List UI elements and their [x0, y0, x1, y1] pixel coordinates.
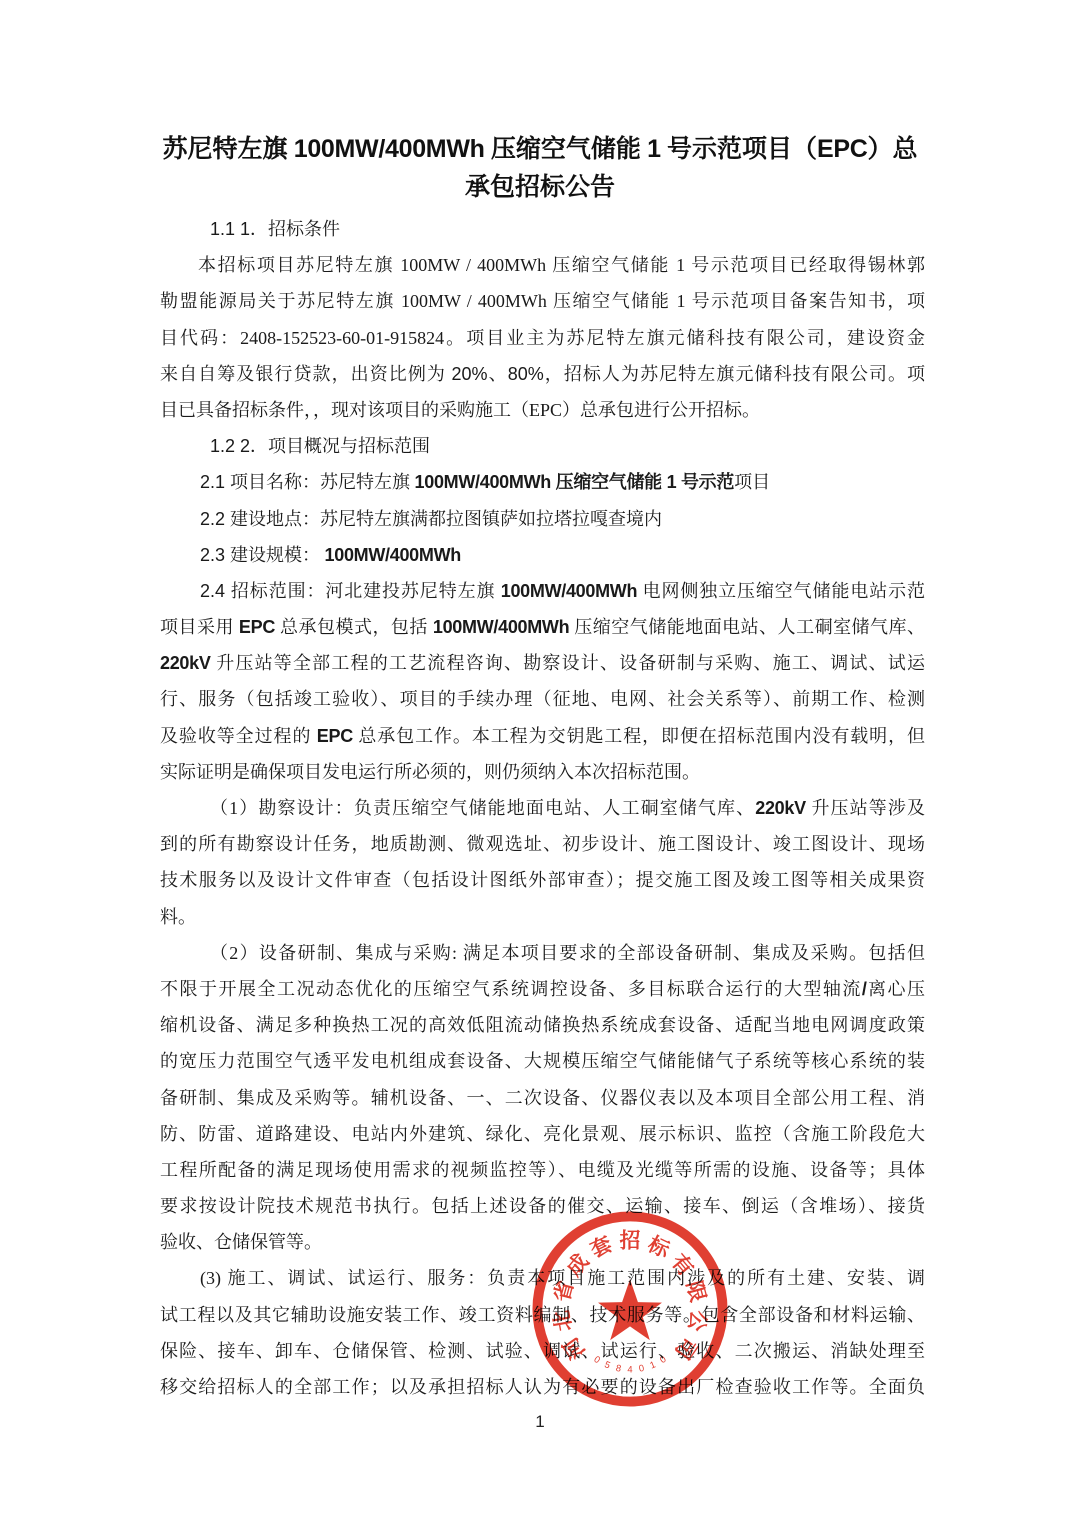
text-line: 移交给招标人的全部工作；以及承担招标人认为有必要的设备出厂检查验收工作等。全面负 [160, 1369, 925, 1405]
text-line: 来自自筹及银行贷款，出资比例为 20%、80%，招标人为苏尼特左旗元储科技有限公… [160, 356, 925, 392]
page: 苏尼特左旗 100MW/400MWh 压缩空气储能 1 号示范项目（EPC）总承… [0, 0, 1080, 1527]
text-segment: 压缩空气储能 1 号示范 [556, 472, 734, 492]
text-segment: 项目 [734, 472, 770, 492]
text-line: 备研制、集成及采购等。辅机设备、一、二次设备、仪器仪表以及本项目全部公用工程、消 [160, 1080, 925, 1116]
text-segment: 的宽压力范围空气透平发电机组成套设备、大规模压缩空气储能储气子系统等核心系统的装 [160, 1051, 925, 1071]
text-segment: 备研制、集成及采购等。辅机设备、一、二次设备、仪器仪表以及本项目全部公用工程、消 [160, 1088, 925, 1108]
text-segment: 工程所配备的满足现场使用需求的视频监控等）、电缆及光缆等所需的设施、设备等；具体 [160, 1160, 925, 1180]
text-line: (3) 施工、调试、试运行、服务：负责本项目施工范围内涉及的所有土建、安装、调 [160, 1260, 925, 1296]
text-segment: 要求按设计院技术规范书执行。包括上述设备的催交、运输、接车、倒运（含堆场）、接货 [160, 1196, 925, 1216]
page-number: 1 [0, 1412, 1080, 1432]
text-segment: EPC [317, 726, 353, 746]
text-segment: (3) 施工、调试、试运行、服务：负责本项目施工范围内涉及的所有土建、安装、调 [200, 1268, 925, 1288]
text-segment: 到的所有勘察设计任务，地质勘测、微观选址、初步设计、施工图设计、竣工图设计、现场 [160, 834, 925, 854]
text-line: 220kV 升压站等全部工程的工艺流程咨询、勘察设计、设备研制与采购、施工、调试… [160, 645, 925, 681]
text-line: 目代码：2408-152523-60-01-915824。项目业主为苏尼特左旗元… [160, 320, 925, 356]
text-segment: 80% [508, 364, 544, 384]
text-line: 1.1 1．招标条件 [160, 211, 925, 247]
text-line: 技术服务以及设计文件审查（包括设计图纸外部审查）；提交施工图及竣工图等相关成果资 [160, 862, 925, 898]
text-segment: 2.2 [200, 509, 230, 529]
text-segment: 防、防雷、道路建设、电站内外建筑、绿化、亮化景观、展示标识、监控（含施工阶段危大 [160, 1124, 925, 1144]
text-segment: 行、服务（包括竣工验收）、项目的手续办理（征地、电网、社会关系等）、前期工作、检… [160, 689, 925, 709]
text-segment: 100MW/400MWh [433, 617, 569, 637]
text-segment: 项目名称：苏尼特左旗 [230, 472, 415, 492]
text-segment: 、 [488, 364, 508, 384]
text-segment: 升压站等全部工程的工艺流程咨询、勘察设计、设备研制与采购、施工、调试、试运 [211, 653, 925, 673]
text-line: （1）勘察设计：负责压缩空气储能地面电站、人工硐室储气库、220kV 升压站等涉… [160, 790, 925, 826]
text-segment: （1）勘察设计：负责压缩空气储能地面电站、人工硐室储气库、 [210, 798, 755, 818]
text-segment: 移交给招标人的全部工作；以及承担招标人认为有必要的设备出厂检查验收工作等。全面负 [160, 1377, 925, 1397]
text-line: 不限于开展全工况动态优化的压缩空气系统调控设备、多目标联合运行的大型轴流/离心压 [160, 971, 925, 1007]
text-segment: 100MW/400MWh [501, 581, 637, 601]
text-line: 本招标项目苏尼特左旗 100MW / 400MWh 压缩空气储能 1 号示范项目… [160, 247, 925, 283]
document-title-line: 承包招标公告 [90, 169, 990, 207]
text-line: 2.2 建设地点：苏尼特左旗满都拉图镇萨如拉塔拉嘎查境内 [160, 501, 925, 537]
text-segment: 100MW/400MWh [294, 135, 485, 163]
text-segment: 220kV [160, 653, 211, 673]
text-segment: 220kV [755, 798, 806, 818]
text-segment: 升压站等涉及 [806, 798, 925, 818]
text-segment: 试工程以及其它辅助设施安装工作、竣工资料编制、技术服务等。包含全部设备和材料运输… [160, 1305, 925, 1325]
text-segment: 100MW/400MWh [415, 472, 556, 492]
text-segment: 技术服务以及设计文件审查（包括设计图纸外部审查）；提交施工图及竣工图等相关成果资 [160, 870, 925, 890]
text-segment: 保险、接车、卸车、仓储保管、检测、试验、调试、试运行、验收、二次搬运、消缺处理至 [160, 1341, 925, 1361]
text-segment: 2.3 [200, 545, 230, 565]
text-segment: 20% [452, 364, 488, 384]
document-title-line: 苏尼特左旗 100MW/400MWh 压缩空气储能 1 号示范项目（EPC）总 [90, 130, 990, 169]
text-segment: 号示范项目（ [661, 136, 817, 163]
text-segment: 1.2 2． [210, 436, 268, 456]
text-line: 要求按设计院技术规范书执行。包括上述设备的催交、运输、接车、倒运（含堆场）、接货 [160, 1188, 925, 1224]
text-segment: 勒盟能源局关于苏尼特左旗 100MW / 400MWh 压缩空气储能 1 号示范… [160, 291, 925, 311]
text-segment: 建设规模： [230, 545, 325, 565]
text-line: 保险、接车、卸车、仓储保管、检测、试验、调试、试运行、验收、二次搬运、消缺处理至 [160, 1333, 925, 1369]
text-line: 缩机设备、满足多种换热工况的高效低阻流动储换热系统成套设备、适配当地电网调度政策 [160, 1007, 925, 1043]
text-segment: ）总 [868, 136, 918, 163]
text-segment: 2.1 [200, 472, 230, 492]
text-line: 料。 [160, 899, 925, 935]
text-line: 实际证明是确保项目发电运行所必须的，则仍须纳入本次招标范围。 [160, 754, 925, 790]
text-segment: 来自自筹及银行贷款，出资比例为 [160, 364, 452, 384]
text-segment: 目代码：2408-152523-60-01-915824。项目业主为苏尼特左旗元… [160, 328, 925, 348]
text-segment: 及验收等全过程的 [160, 726, 317, 746]
text-line: 试工程以及其它辅助设施安装工作、竣工资料编制、技术服务等。包含全部设备和材料运输… [160, 1297, 925, 1333]
text-line: 2.4 招标范围：河北建投苏尼特左旗 100MW/400MWh 电网侧独立压缩空… [160, 573, 925, 609]
text-segment: 总承包工作。本工程为交钥匙工程，即便在招标范围内没有载明，但 [353, 726, 925, 746]
text-segment: 招标范围：河北建投苏尼特左旗 [231, 581, 501, 601]
text-segment: 压缩空气储能地面电站、人工硐室储气库、 [569, 617, 925, 637]
text-segment: 缩机设备、满足多种换热工况的高效低阻流动储换热系统成套设备、适配当地电网调度政策 [160, 1015, 925, 1035]
text-segment: 验收、仓储保管等。 [160, 1232, 322, 1252]
text-line: 目已具备招标条件，，现对该项目的采购施工（EPC）总承包进行公开招标。 [160, 392, 925, 428]
text-line: 验收、仓储保管等。 [160, 1224, 925, 1260]
text-segment: 建设地点：苏尼特左旗满都拉图镇萨如拉塔拉嘎查境内 [230, 509, 662, 529]
text-line: 工程所配备的满足现场使用需求的视频监控等）、电缆及光缆等所需的设施、设备等；具体 [160, 1152, 925, 1188]
text-segment: 总承包模式，包括 [275, 617, 433, 637]
text-segment: 2.4 [200, 581, 231, 601]
text-segment: EPC [817, 135, 868, 163]
text-segment: 招标条件 [268, 219, 340, 239]
text-line: 2.1 项目名称：苏尼特左旗 100MW/400MWh 压缩空气储能 1 号示范… [160, 464, 925, 500]
text-line: 的宽压力范围空气透平发电机组成套设备、大规模压缩空气储能储气子系统等核心系统的装 [160, 1043, 925, 1079]
document-body: 1.1 1．招标条件本招标项目苏尼特左旗 100MW / 400MWh 压缩空气… [160, 211, 925, 1405]
text-line: 到的所有勘察设计任务，地质勘测、微观选址、初步设计、施工图设计、竣工图设计、现场 [160, 826, 925, 862]
text-segment: 目已具备招标条件，，现对该项目的采购施工（EPC）总承包进行公开招标。 [160, 400, 760, 420]
text-line: 2.3 建设规模： 100MW/400MWh [160, 537, 925, 573]
document-page: { "document": { "title_lines": [ {"seg":… [0, 0, 1080, 1527]
text-line: 项目采用 EPC 总承包模式，包括 100MW/400MWh 压缩空气储能地面电… [160, 609, 925, 645]
text-segment: EPC [239, 617, 275, 637]
text-segment: 苏尼特左旗 [162, 136, 293, 163]
text-line: 1.2 2．项目概况与招标范围 [160, 428, 925, 464]
text-segment: 实际证明是确保项目发电运行所必须的，则仍须纳入本次招标范围。 [160, 762, 700, 782]
text-line: 勒盟能源局关于苏尼特左旗 100MW / 400MWh 压缩空气储能 1 号示范… [160, 283, 925, 319]
text-segment: 项目采用 [160, 617, 239, 637]
text-segment: 1.1 1． [210, 219, 268, 239]
text-segment: ，招标人为苏尼特左旗元储科技有限公司。项 [544, 364, 925, 384]
text-segment: （2）设备研制、集成与采购: 满足本项目要求的全部设备研制、集成及采购。包括但 [210, 943, 925, 963]
text-segment: 压缩空气储能 [485, 136, 648, 163]
text-segment: 电网侧独立压缩空气储能电站示范 [637, 581, 925, 601]
text-segment: 离心压 [867, 979, 925, 999]
text-segment: 承包招标公告 [465, 174, 615, 201]
text-segment: 料。 [160, 907, 196, 927]
text-line: 防、防雷、道路建设、电站内外建筑、绿化、亮化景观、展示标识、监控（含施工阶段危大 [160, 1116, 925, 1152]
text-segment: 100MW/400MWh [325, 545, 461, 565]
text-line: 及验收等全过程的 EPC 总承包工作。本工程为交钥匙工程，即便在招标范围内没有载… [160, 718, 925, 754]
text-segment: 项目概况与招标范围 [268, 436, 430, 456]
text-segment: 1 [647, 135, 661, 163]
text-segment: 不限于开展全工况动态优化的压缩空气系统调控设备、多目标联合运行的大型轴流 [160, 979, 862, 999]
text-segment: 本招标项目苏尼特左旗 100MW / 400MWh 压缩空气储能 1 号示范项目… [198, 255, 925, 275]
text-line: （2）设备研制、集成与采购: 满足本项目要求的全部设备研制、集成及采购。包括但 [160, 935, 925, 971]
document-title: 苏尼特左旗 100MW/400MWh 压缩空气储能 1 号示范项目（EPC）总承… [0, 0, 1080, 207]
text-line: 行、服务（包括竣工验收）、项目的手续办理（征地、电网、社会关系等）、前期工作、检… [160, 681, 925, 717]
